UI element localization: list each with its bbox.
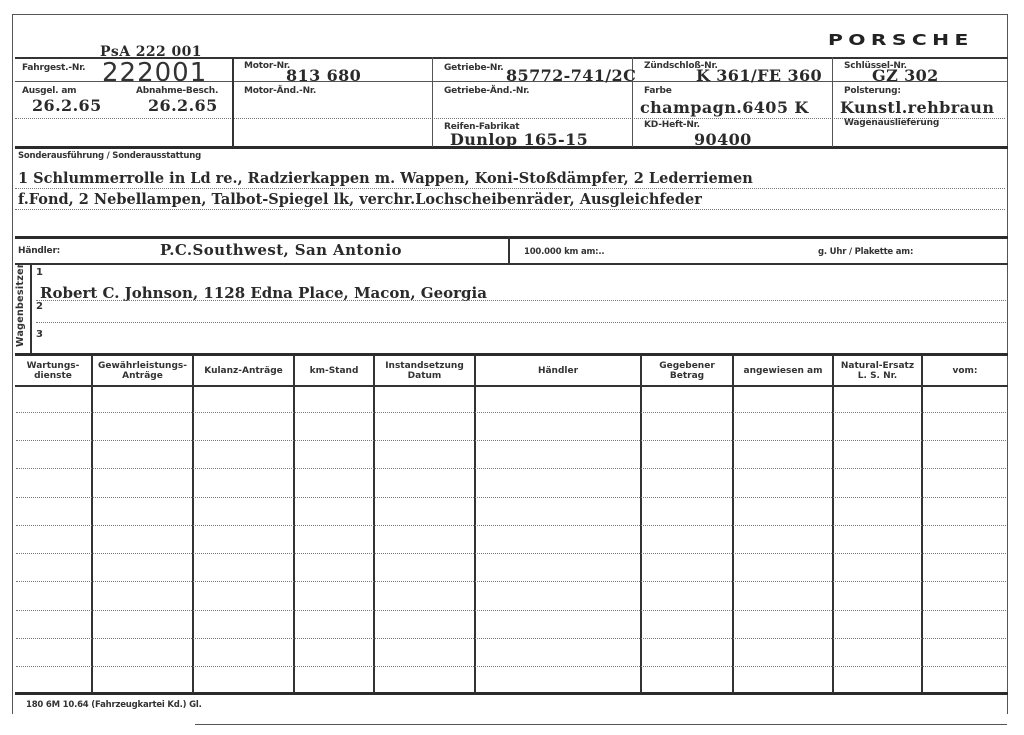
fahrgest-label: Fahrgest.-Nr. xyxy=(22,63,85,73)
abnahme-value: 26.2.65 xyxy=(148,96,218,115)
col-divider xyxy=(508,236,510,264)
col-header-natural-ersatz: Natural-Ersatz L. S. Nr. xyxy=(834,357,921,385)
table-row xyxy=(16,412,1006,413)
col-divider xyxy=(640,355,642,693)
uhr-plakette-label: g. Uhr / Plakette am: xyxy=(818,247,913,257)
motor-value: 813 680 xyxy=(286,66,361,85)
polsterung-label: Polsterung: xyxy=(844,86,901,96)
farbe-label: Farbe xyxy=(644,86,672,96)
col-header-instandsetzung: Instandsetzung Datum xyxy=(375,357,474,385)
km-label: 100.000 km am:.. xyxy=(524,247,604,257)
col-header-gewaehrleistung: Gewährleistungs- Anträge xyxy=(93,357,192,385)
zuendschloss-value: K 361/FE 360 xyxy=(696,66,822,85)
col-divider xyxy=(432,57,433,147)
ausgel-label: Ausgel. am xyxy=(22,86,76,96)
fahrgest-value: 222001 xyxy=(102,58,207,88)
options-line-1: 1 Schlummerrolle in Ld re., Radzierkappe… xyxy=(18,170,753,187)
col-divider xyxy=(293,355,295,693)
col-divider xyxy=(91,355,93,693)
table-row xyxy=(16,553,1006,554)
dealer-value: P.C.Southwest, San Antonio xyxy=(160,241,402,259)
dotted-line xyxy=(15,188,1005,189)
kd-heft-label: KD-Heft-Nr. xyxy=(644,120,700,130)
owner-row-number: 1 xyxy=(36,267,43,278)
kd-heft-value: 90400 xyxy=(694,130,752,149)
card-right-border xyxy=(1007,14,1008,714)
motor-aend-label: Motor-Änd.-Nr. xyxy=(244,86,316,96)
col-header-haendler: Händler xyxy=(476,357,640,385)
owner-row-number: 3 xyxy=(36,329,43,340)
col-divider xyxy=(832,57,833,147)
options-line-2: f.Fond, 2 Nebellampen, Talbot-Spiegel lk… xyxy=(18,191,702,208)
col-divider xyxy=(921,355,923,693)
getriebe-value: 85772-741/2C xyxy=(506,66,636,85)
col-header-betrag: Gegebener Betrag xyxy=(642,357,732,385)
reifen-value: Dunlop 165-15 xyxy=(450,130,588,149)
owners-side-label: Wagenbesitzer xyxy=(15,263,26,347)
abnahme-label: Abnahme-Besch. xyxy=(136,86,218,96)
col-divider xyxy=(732,355,734,693)
getriebe-aend-label: Getriebe-Änd.-Nr. xyxy=(444,86,529,96)
print-code: 180 6M 10.64 (Fahrzeugkartei Kd.) Gl. xyxy=(26,700,202,710)
table-row xyxy=(16,581,1006,582)
table-row xyxy=(16,666,1006,667)
table-top-border xyxy=(15,353,1008,356)
col-divider xyxy=(373,355,375,693)
col-header-vom: vom: xyxy=(923,357,1007,385)
table-row xyxy=(16,468,1006,469)
card-left-border xyxy=(12,14,13,714)
col-header-kulanz: Kulanz-Anträge xyxy=(194,357,293,385)
ausgel-value: 26.2.65 xyxy=(32,96,102,115)
table-row xyxy=(16,497,1006,498)
table-row xyxy=(16,638,1006,639)
col-header-angewiesen: angewiesen am xyxy=(734,357,832,385)
bottom-border xyxy=(195,724,1007,725)
card-top-border xyxy=(12,14,1008,15)
dealer-label: Händler: xyxy=(18,246,60,256)
col-divider xyxy=(474,355,476,693)
options-label: Sonderausführung / Sonderausstattung xyxy=(18,151,201,161)
section-divider xyxy=(15,236,1008,239)
table-row xyxy=(16,440,1006,441)
dotted-line xyxy=(15,209,1005,210)
porsche-logo: PORSCHE xyxy=(828,31,974,49)
motor-label: Motor-Nr. xyxy=(244,61,290,71)
getriebe-label: Getriebe-Nr. xyxy=(444,63,503,73)
owner-row-number: 2 xyxy=(36,301,43,312)
table-row xyxy=(16,525,1006,526)
schluessel-value: GZ 302 xyxy=(872,66,939,85)
table-row xyxy=(16,610,1006,611)
col-divider xyxy=(832,355,834,693)
col-header-km-stand: km-Stand xyxy=(295,357,373,385)
owners-divider xyxy=(30,264,32,354)
wagenauslieferung-label: Wagenauslieferung xyxy=(844,118,939,128)
farbe-value: champagn.6405 K xyxy=(640,98,809,117)
row-divider xyxy=(15,263,1008,265)
col-divider xyxy=(232,57,234,147)
col-divider xyxy=(192,355,194,693)
col-header-wartungsdienste: Wartungs- dienste xyxy=(15,357,91,385)
dotted-line xyxy=(36,322,1006,323)
polsterung-value: Kunstl.rehbraun xyxy=(840,98,994,117)
table-bottom-border xyxy=(15,692,1008,695)
table-header-divider xyxy=(15,385,1008,387)
dotted-line xyxy=(36,300,1006,301)
